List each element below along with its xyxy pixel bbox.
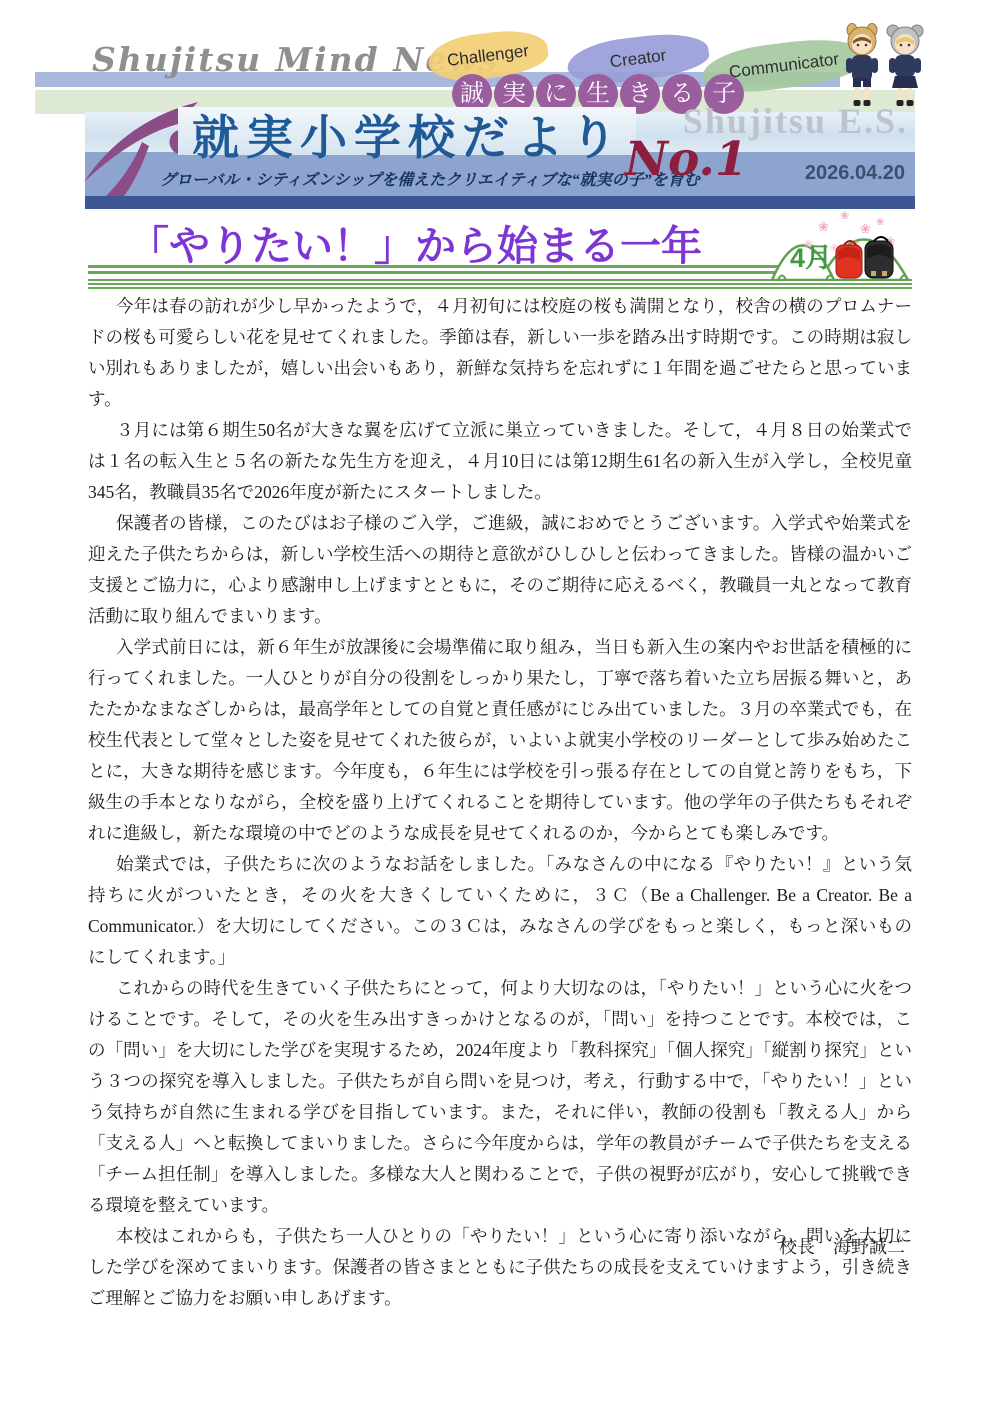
issue-number: No.1 [625, 132, 748, 187]
svg-text:❀: ❀ [876, 217, 884, 228]
svg-text:❀: ❀ [860, 221, 871, 236]
body-paragraph: これからの時代を生きていく子供たちにとって，何より大切なのは，「やりたい！」とい… [88, 973, 912, 1221]
april-mountain-decoration: ❀❀ ❀❀ ❀❀ ❀❀ ❀ 4月 [768, 199, 918, 286]
body-paragraph: 入学式前日には，新６年生が放課後に会場準備に取り組み，当日も新入生の案内やお世話… [88, 632, 912, 849]
svg-text:❀: ❀ [818, 219, 829, 234]
month-label: 4月 [790, 243, 832, 273]
body-paragraph: 保護者の皆様，このたびはお子様のご入学，ご進級，誠におめでとうございます。入学式… [88, 508, 912, 632]
headline-rule [88, 265, 785, 268]
headline-rule [88, 287, 912, 289]
svg-text:❀: ❀ [840, 210, 849, 222]
black-randoseru-icon [865, 237, 893, 278]
article-body: 今年は春の訪れが少し早かったようで，４月初旬には校庭の桜も満開となり，校舎の横の… [88, 291, 912, 1314]
body-paragraph: 始業式では，子供たちに次のようなお話をしました。「みなさんの中になる『やりたい！… [88, 849, 912, 973]
body-paragraph: ３月には第６期生50名が大きな翼を広げて立派に巣立っていきました。そして，４月８… [88, 415, 912, 508]
newsletter-page: Shujitsu Mind News Challenger Creator Co… [0, 0, 1000, 1416]
newsletter-title: 就実小学校だより [192, 101, 624, 168]
issue-date: 2026.04.20 [755, 162, 905, 185]
red-randoseru-icon [836, 241, 862, 278]
school-tagline: グローバル・シティズンシップを備えたクリエイティブな“就実の子”を育む [160, 167, 700, 190]
principal-signature: 校長 海野誠二 [600, 1233, 905, 1259]
headline-rule [88, 271, 785, 274]
body-paragraph: 今年は春の訪れが少し早かったようで，４月初旬には校庭の桜も満開となり，校舎の横の… [88, 291, 912, 415]
article-headline: 「やりたい！」から始まる一年 [128, 213, 702, 272]
